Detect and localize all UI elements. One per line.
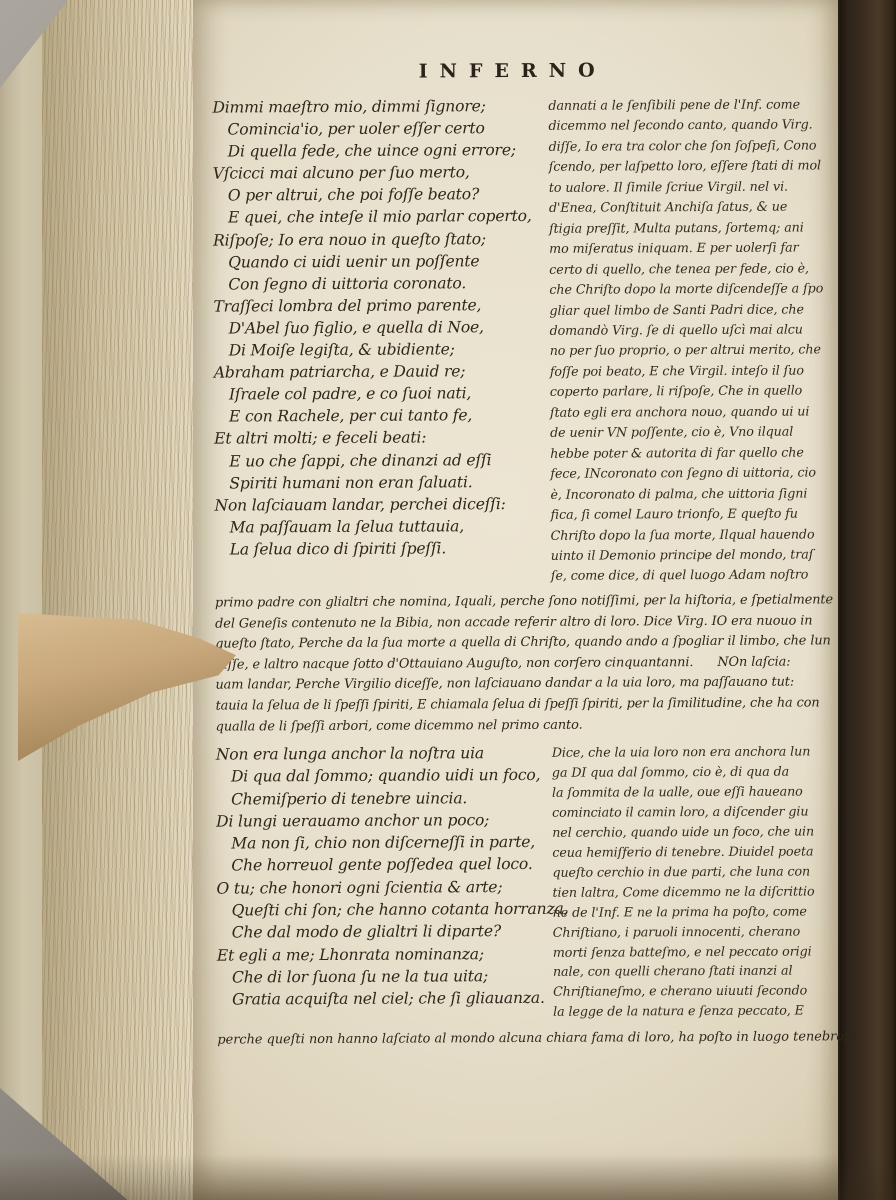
running-header: INFERNO bbox=[190, 58, 835, 83]
verse-line: Abraham patriarcha, e Dauid re; bbox=[214, 360, 533, 384]
verse-line: Quando ci uidi uenir un poſſente bbox=[213, 250, 532, 274]
verse-line: Di qua dal ſommo; quandio uidi un foco, bbox=[216, 764, 568, 788]
commentary-paragraph: primo padre con glialtri che nomina, Iqu… bbox=[215, 590, 816, 737]
commentary-line: domandò Virg. ſe di quello uſcì mai alcu bbox=[550, 319, 800, 341]
verse-line: Iſraele col padre, e co ſuoi nati, bbox=[214, 382, 533, 406]
verse-line: La ſelua dico di ſpiriti ſpeſſi. bbox=[215, 537, 534, 561]
verse-line: Di Moiſe legiſta, & ubidiente; bbox=[214, 338, 533, 362]
verse-line: Traſſeci lombra del primo parente, bbox=[213, 294, 532, 318]
commentary-line: de uenir VN poſſente, cio è, Vno ilqual bbox=[550, 422, 800, 444]
commentary-line: gliar quel limbo de Santi Padri dice, ch… bbox=[549, 299, 799, 321]
verse-line: Ma non ſi, chio non diſcerneſſi in parte… bbox=[216, 831, 568, 855]
commentary-line: che Chriſto dopo la morte diſcendeſſe a … bbox=[549, 279, 799, 301]
commentary-line: la ſommita de la ualle, oue eſſi haueano bbox=[552, 781, 802, 802]
verse-line: D'Abel ſuo figlio, e quella di Noe, bbox=[214, 316, 533, 340]
commentary-line: coperto parlare, li riſpoſe, Che in quel… bbox=[550, 381, 800, 403]
verse-line: Non era lunga anchor la noſtra uia bbox=[216, 742, 568, 766]
commentary-line: Chriſtianeſmo, e cherano uiuuti ſecondo bbox=[553, 981, 803, 1002]
verse-line: Di lungi uerauamo anchor un poco; bbox=[216, 809, 568, 833]
commentary-line: morti ſenza batteſmo, e nel peccato orig… bbox=[553, 941, 803, 962]
verse-line: Non laſciauam landar, perchei diceſſi: bbox=[214, 493, 533, 517]
commentary-line: fica, ſi comel Lauro trionfo, E queſto f… bbox=[551, 504, 801, 526]
verse-line: Et egli a me; Lhonrata nominanza; bbox=[217, 942, 569, 966]
commentary-line: fece, INcoronato con ſegno di uittoria, … bbox=[550, 463, 800, 485]
verse-line: O tu; che honori ogni ſcientia & arte; bbox=[216, 876, 568, 900]
footer-line: perche queſti non hanno laſciato al mond… bbox=[217, 1029, 817, 1047]
verse-line: Che di lor ſuona ſu ne la tua uita; bbox=[217, 965, 569, 989]
commentary-line: ceua hemiſferio di tenebre. Diuidel poet… bbox=[552, 841, 802, 862]
verse-line: E con Rachele, per cui tanto fe, bbox=[214, 404, 533, 428]
commentary-column-1: dannati a le ſenſibili pene de l'Inf. co… bbox=[548, 95, 801, 587]
commentary-line: la legge de la natura e ſenza peccato, E bbox=[553, 1001, 803, 1022]
commentary-line: nale, con quelli cherano ſtati inanzi al bbox=[553, 961, 803, 982]
verse-line: Spiriti humani non eran ſaluati. bbox=[214, 471, 533, 495]
commentary-line: mo miſeratus iniquam. E per uolerſi far bbox=[549, 238, 799, 260]
footer-text: perche queſti non hanno laſciato al mond… bbox=[217, 1029, 817, 1047]
commentary-line: no per ſuo proprio, o per altrui merito,… bbox=[550, 340, 800, 362]
verse-line: Riſpoſe; Io era nouo in queſto ſtato; bbox=[213, 227, 532, 251]
page-fore-edges bbox=[42, 0, 202, 1200]
commentary-line: queſto cerchio in due parti, che luna co… bbox=[552, 861, 802, 882]
book-bottom-shadow bbox=[0, 1154, 896, 1200]
commentary-column-2: Dice, che la uia loro non era anchora lu… bbox=[552, 742, 803, 1023]
commentary-line: Chriſtiano, i paruoli innocenti, cherano bbox=[553, 921, 803, 942]
commentary-line: ſe, come dice, di quel luogo Adam noſtro bbox=[551, 565, 801, 587]
commentary-line: cominciato il camin loro, a diſcender gi… bbox=[552, 801, 802, 822]
commentary-line: ſcendo, per laſpetto loro, eſſere ſtati … bbox=[549, 156, 799, 178]
commentary-line: ſtato egli era anchora nouo, quando ui u… bbox=[550, 401, 800, 423]
verse-line: E uo che ſappi, che dinanzi ad eſſi bbox=[214, 448, 533, 472]
verse-line: Ma paſſauam la ſelua tuttauia, bbox=[215, 515, 534, 539]
commentary-line: dannati a le ſenſibili pene de l'Inf. co… bbox=[548, 95, 798, 117]
verse-line: Gratia acquiſta nel ciel; che ſi gliauan… bbox=[217, 987, 569, 1011]
verse-column-2: Non era lunga anchor la noſtra uiaDi qua… bbox=[216, 742, 569, 1011]
verse-line: Di quella fede, che uince ogni errore; bbox=[213, 139, 532, 163]
book-page: INFERNO Dimmi maeſtro mio, dimmi ſignore… bbox=[193, 0, 838, 1200]
paragraph-line: qualla de li ſpeſſi arbori, come dicemmo… bbox=[216, 714, 816, 738]
verse-line: Chemiſperio di tenebre uincia. bbox=[216, 786, 568, 810]
commentary-line: ga DI qua dal ſommo, cio è, di qua da bbox=[552, 761, 802, 782]
verse-line: Et altri molti; e feceli beati: bbox=[214, 426, 533, 450]
paragraph-line: queſto ſtato, Perche da la ſua morte a q… bbox=[215, 632, 815, 656]
paragraph-line: tauia la ſelua de li ſpeſſi ſpiriti, E c… bbox=[216, 693, 816, 717]
book-photograph: INFERNO Dimmi maeſtro mio, dimmi ſignore… bbox=[0, 0, 896, 1200]
commentary-line: nel cerchio, quando uide un foco, che ui… bbox=[552, 821, 802, 842]
commentary-line: to ualore. Il ſimile ſcriue Virgil. nel … bbox=[549, 176, 799, 198]
commentary-line: ne de l'Inf. E ne la prima ha poſto, com… bbox=[553, 901, 803, 922]
verse-column-1: Dimmi maeſtro mio, dimmi ſignore;Cominci… bbox=[212, 95, 533, 561]
commentary-line: d'Enea, Conſtituit Anchiſa ſatus, & ue bbox=[549, 197, 799, 219]
commentary-line: foſſe poi beato, E che Virgil. inteſo il… bbox=[550, 360, 800, 382]
commentary-line: è, Incoronato di palma, che uittoria ſig… bbox=[550, 483, 800, 505]
commentary-line: diſſe, Io era tra color che ſon ſoſpeſi,… bbox=[549, 135, 799, 157]
verse-line: Che horreuol gente poſſedea quel loco. bbox=[216, 853, 568, 877]
verse-line: Vſcicci mai alcuno per ſuo merto, bbox=[213, 161, 532, 185]
verse-line: O per altrui, che poi foſſe beato? bbox=[213, 183, 532, 207]
commentary-line: Chriſto dopo la ſua morte, Ilqual hauend… bbox=[551, 524, 801, 546]
commentary-line: tien laltra, Come dicemmo ne la diſcritt… bbox=[552, 881, 802, 902]
verse-line: E quei, che inteſe il mio parlar coperto… bbox=[213, 205, 532, 229]
verse-line: Che dal modo de glialtri li diparte? bbox=[217, 920, 569, 944]
verse-line: Comincia'io, per uoler eſſer certo bbox=[212, 117, 531, 141]
commentary-line: Dice, che la uia loro non era anchora lu… bbox=[552, 742, 802, 763]
verse-line: Con ſegno di uittoria coronato. bbox=[213, 272, 532, 296]
commentary-line: certo di quello, che tenea per fede, cio… bbox=[549, 258, 799, 280]
page-text: INFERNO Dimmi maeſtro mio, dimmi ſignore… bbox=[190, 0, 841, 1200]
verse-line: Queſti chi ſon; che hanno cotanta horran… bbox=[217, 898, 569, 922]
book-right-cover bbox=[838, 0, 896, 1200]
commentary-line: uinto il Demonio principe del mondo, tra… bbox=[551, 544, 801, 566]
verse-line: Dimmi maeſtro mio, dimmi ſignore; bbox=[212, 95, 531, 119]
commentary-line: hebbe poter & autorita di far quello che bbox=[550, 442, 800, 464]
commentary-line: dicemmo nel ſecondo canto, quando Virg. bbox=[548, 115, 798, 137]
paragraph-line: primo padre con glialtri che nomina, Iqu… bbox=[215, 590, 815, 614]
commentary-line: ſtigia preſſit, Multa putans, ſortemq; a… bbox=[549, 217, 799, 239]
